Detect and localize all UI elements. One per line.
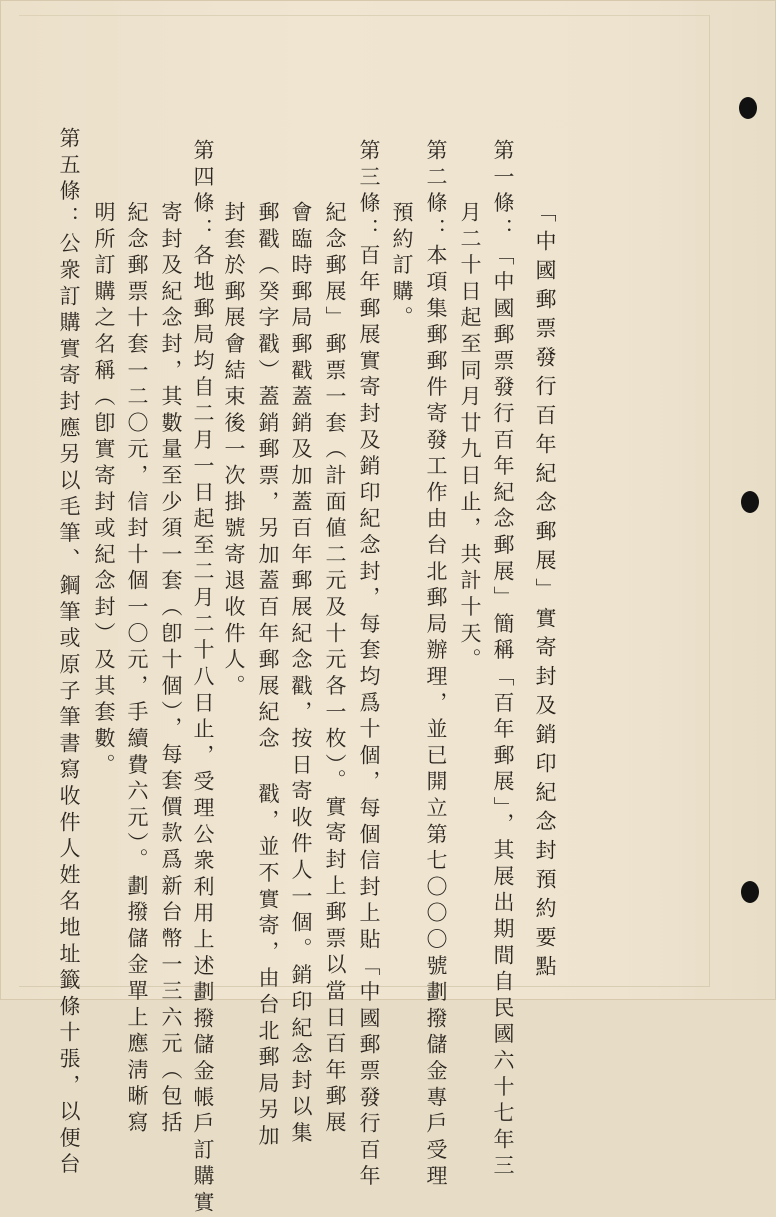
article-3-line-2: 紀念郵展」郵票一套（計面値二元及十元各一枚）。實寄封上郵票以當日百年郵展 bbox=[323, 201, 347, 1000]
article-3-line-3: 會臨時郵局郵戳蓋銷及加蓋百年郵展紀念戳，按日寄收件人一個。銷印紀念封以集 bbox=[289, 201, 313, 1000]
article-1-line-1: 第一條：「中國郵票發行百年紀念郵展」簡稱「百年郵展」，其展出期間自民國六十七年三 bbox=[491, 139, 515, 1000]
article-2-line-1: 第二條：本項集郵郵件寄發工作由台北郵局辦理，並已開立第七〇〇〇號劃撥儲金專戶受理 bbox=[424, 139, 448, 1000]
article-4-line-3: 紀念郵票十套一二〇元，信封十個一〇元，手續費六元）。劃撥儲金單上應淸晰寫 bbox=[125, 201, 149, 1000]
article-2-line-2: 預約訂購。 bbox=[390, 201, 414, 333]
article-3-line-4: 郵戳（癸字戳）蓋銷郵票，另加蓋百年郵展紀念 戳，並不實寄，由台北郵局另加 bbox=[256, 201, 280, 1000]
article-3-line-1: 第三條：百年郵展實寄封及銷印紀念封，每套均爲十個，每個信封上貼「中國郵票發行百年 bbox=[357, 139, 381, 1000]
scanned-page: 「中國郵票發行百年紀念郵展」實寄封及銷印紀念封預約要點 第一條：「中國郵票發行百… bbox=[0, 0, 776, 1000]
article-4-line-4: 明所訂購之名稱（卽實寄封或紀念封）及其套數。 bbox=[92, 201, 116, 780]
article-4-line-2: 寄封及紀念封，其數量至少須一套（卽十個），每套價款爲新台幣一三六元（包括 bbox=[159, 201, 183, 1000]
binder-hole-top bbox=[739, 97, 757, 119]
article-5-line-1: 第五條：公衆訂購實寄封應另以毛筆、鋼筆或原子筆書寫收件人姓名地址籤條十張，以便台 bbox=[57, 127, 81, 1000]
article-4-line-1: 第四條：各地郵局均自二月一日起至二月二十八日止，受理公衆利用上述劃撥儲金帳戶訂購… bbox=[191, 139, 215, 1000]
article-3-line-5: 封套於郵展會結束後一次掛號寄退收件人。 bbox=[222, 201, 246, 701]
binder-hole-middle bbox=[741, 491, 759, 513]
binder-hole-bottom bbox=[741, 881, 759, 903]
article-1-line-2: 月二十日起至同月廿九日止，共計十天。 bbox=[458, 201, 482, 674]
document-title: 「中國郵票發行百年紀念郵展」實寄封及銷印紀念封預約要點 bbox=[533, 201, 557, 984]
